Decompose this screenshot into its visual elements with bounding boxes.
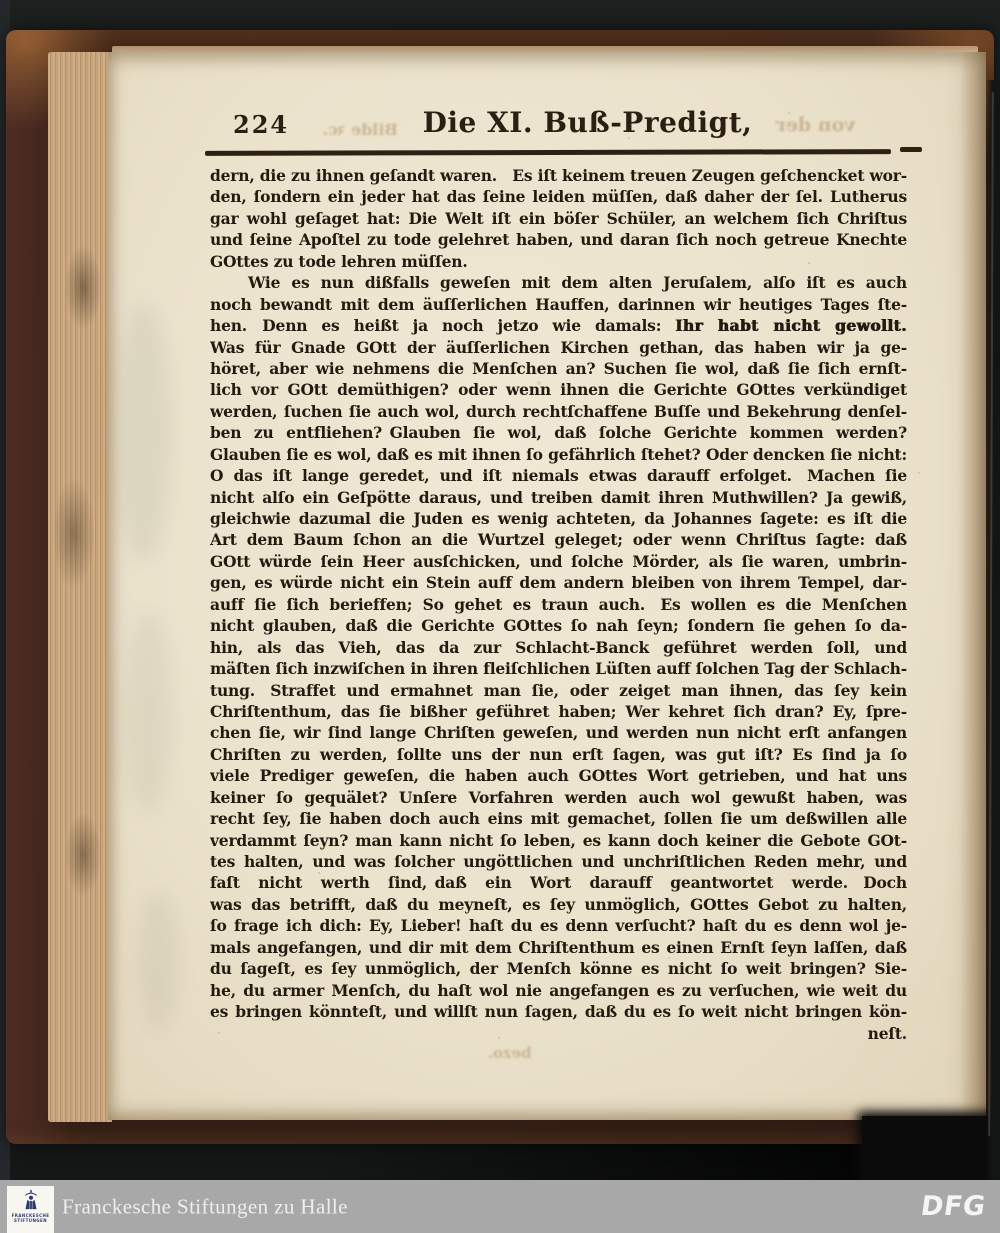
text-line: tes halten, und was ſolcher ungöttlichen…: [210, 851, 907, 872]
text-line: Chriſten zu werden, ſollte uns der nun e…: [210, 744, 907, 765]
text-line: GOttes zu tode lehren müſſen.: [210, 251, 907, 272]
text-line: es bringen könnteſt, und willſt nun ſage…: [210, 1001, 907, 1022]
page-stain: [116, 302, 171, 562]
text-line: he, du armer Menſch, du haſt wol nie ang…: [210, 980, 907, 1001]
viewer-footer-bar: FRANCKESCHE STIFTUNGEN Franckesche Stift…: [0, 1180, 1000, 1233]
text-line: ben zu entfliehen? Glauben ſie wol, daß …: [210, 422, 907, 443]
header-rule-dash: [900, 147, 922, 152]
text-line: gar wohl geſaget hat: Die Welt iſt ein b…: [210, 208, 907, 229]
text-line: keiner ſo gequälet? Unſere Vorfahren wer…: [210, 787, 907, 808]
text-line: lich vor GOtt demüthigen? oder wenn ihne…: [210, 379, 907, 400]
text-line: auff ſie ſich berieffen; So gehet es tra…: [210, 594, 907, 615]
text-line: du ſageſt, es ſey unmöglich, der Menſch …: [210, 958, 907, 979]
text-line: faſt nicht werth ſind, daß ein Wort dara…: [210, 872, 907, 893]
text-line: tung. Straffet und ermahnet man ſie, ode…: [210, 680, 907, 701]
text-line: höret, aber wie nehmens die Menſchen an?…: [210, 358, 907, 379]
franckesche-emblem-icon: [20, 1189, 42, 1211]
text-line: gleichwie dazumal die Juden es wenig ach…: [210, 508, 907, 529]
header-rule: [205, 149, 891, 156]
text-line: mäſten ſich inzwiſchen in ihren fleiſchl…: [210, 658, 907, 679]
franckesche-logo-text: FRANCKESCHE STIFTUNGEN: [12, 1213, 50, 1223]
text-line: nicht alſo ein Geſpötte daraus, und trei…: [210, 487, 907, 508]
text-line: verdammt ſeyn? man kann nicht ſo leben, …: [210, 830, 907, 851]
text-line: Chriſtenthum, das ſie bißher geführet ha…: [210, 701, 907, 722]
text-line: chen ſie, wir ſind lange Chriſten geweſe…: [210, 722, 907, 743]
text-line: mals angefangen, und dir mit dem Chriſte…: [210, 937, 907, 958]
text-line: noch bewandt mit dem äuſſerlichen Hauffe…: [210, 294, 907, 315]
text-line: Wie es nun dißfalls geweſen mit dem alte…: [210, 272, 907, 293]
scan-shadow-patch: [862, 1116, 1000, 1180]
dfg-logo[interactable]: DFG: [919, 1191, 988, 1222]
text-line: recht ſey, ſie haben doch auch eins mit …: [210, 808, 907, 829]
text-line: nicht glauben, daß die Gerichte GOttes ſ…: [210, 615, 907, 636]
text-line: O das iſt lange geredet, und iſt niemals…: [210, 465, 907, 486]
franckesche-logo-line2: STIFTUNGEN: [12, 1218, 50, 1223]
text-line: werden, ſuchen ſie auch wol, durch recht…: [210, 401, 907, 422]
text-line: den, ſondern ein jeder hat das ſeine lei…: [210, 186, 907, 207]
page-stain: [124, 612, 172, 812]
text-line: hin, als das Vieh, das da zur Schlacht-B…: [210, 637, 907, 658]
text-line: Was für Gnade GOtt der äuſſerlichen Kirc…: [210, 337, 907, 358]
institution-name: Franckesche Stiftungen zu Halle: [62, 1194, 348, 1219]
book-page-edges: [48, 52, 112, 1122]
digitized-book-viewer: 224 Bilde ꝛc. Die XI. Buß-Predigt, von d…: [0, 0, 1000, 1233]
text-line: Glauben ſie es wol, daß es mit ihnen ſo …: [210, 444, 907, 465]
franckesche-stiftungen-logo[interactable]: FRANCKESCHE STIFTUNGEN: [7, 1186, 54, 1233]
text-line: dern, die zu ihnen geſandt waren. Es iſt…: [210, 165, 907, 186]
page-stain: [138, 892, 178, 1032]
text-line: was das betrifft, daß du meyneſt, es ſey…: [210, 894, 907, 915]
text-line: viele Prediger geweſen, die haben auch G…: [210, 765, 907, 786]
text-line: Art dem Baum ſchon an die Wurtzel gelege…: [210, 529, 907, 550]
text-line: hen. Denn es heißt ja noch jetzo wie dam…: [210, 315, 907, 336]
text-line: gen, es würde nicht ein Stein auff dem a…: [210, 572, 907, 593]
text-line: und ſeine Apoſtel zu tode gelehret haben…: [210, 229, 907, 250]
running-title: Die XI. Buß-Predigt,: [210, 106, 907, 139]
text-line: ſo frage ich dich: Ey, Lieber! haſt du e…: [210, 915, 907, 936]
ink-bleedthrough: bezo.: [488, 1044, 532, 1062]
text-line: neſt.: [210, 1023, 907, 1044]
page-text-block: dern, die zu ihnen geſandt waren. Es iſt…: [210, 165, 907, 1044]
text-line: GOtt würde ſein Heer ausſchicken, und ſo…: [210, 551, 907, 572]
book-page: 224 Bilde ꝛc. Die XI. Buß-Predigt, von d…: [108, 52, 986, 1120]
emphasized-text: Ihr habt nicht gewollt.: [675, 316, 907, 335]
page-foxing-specks: [108, 52, 110, 54]
